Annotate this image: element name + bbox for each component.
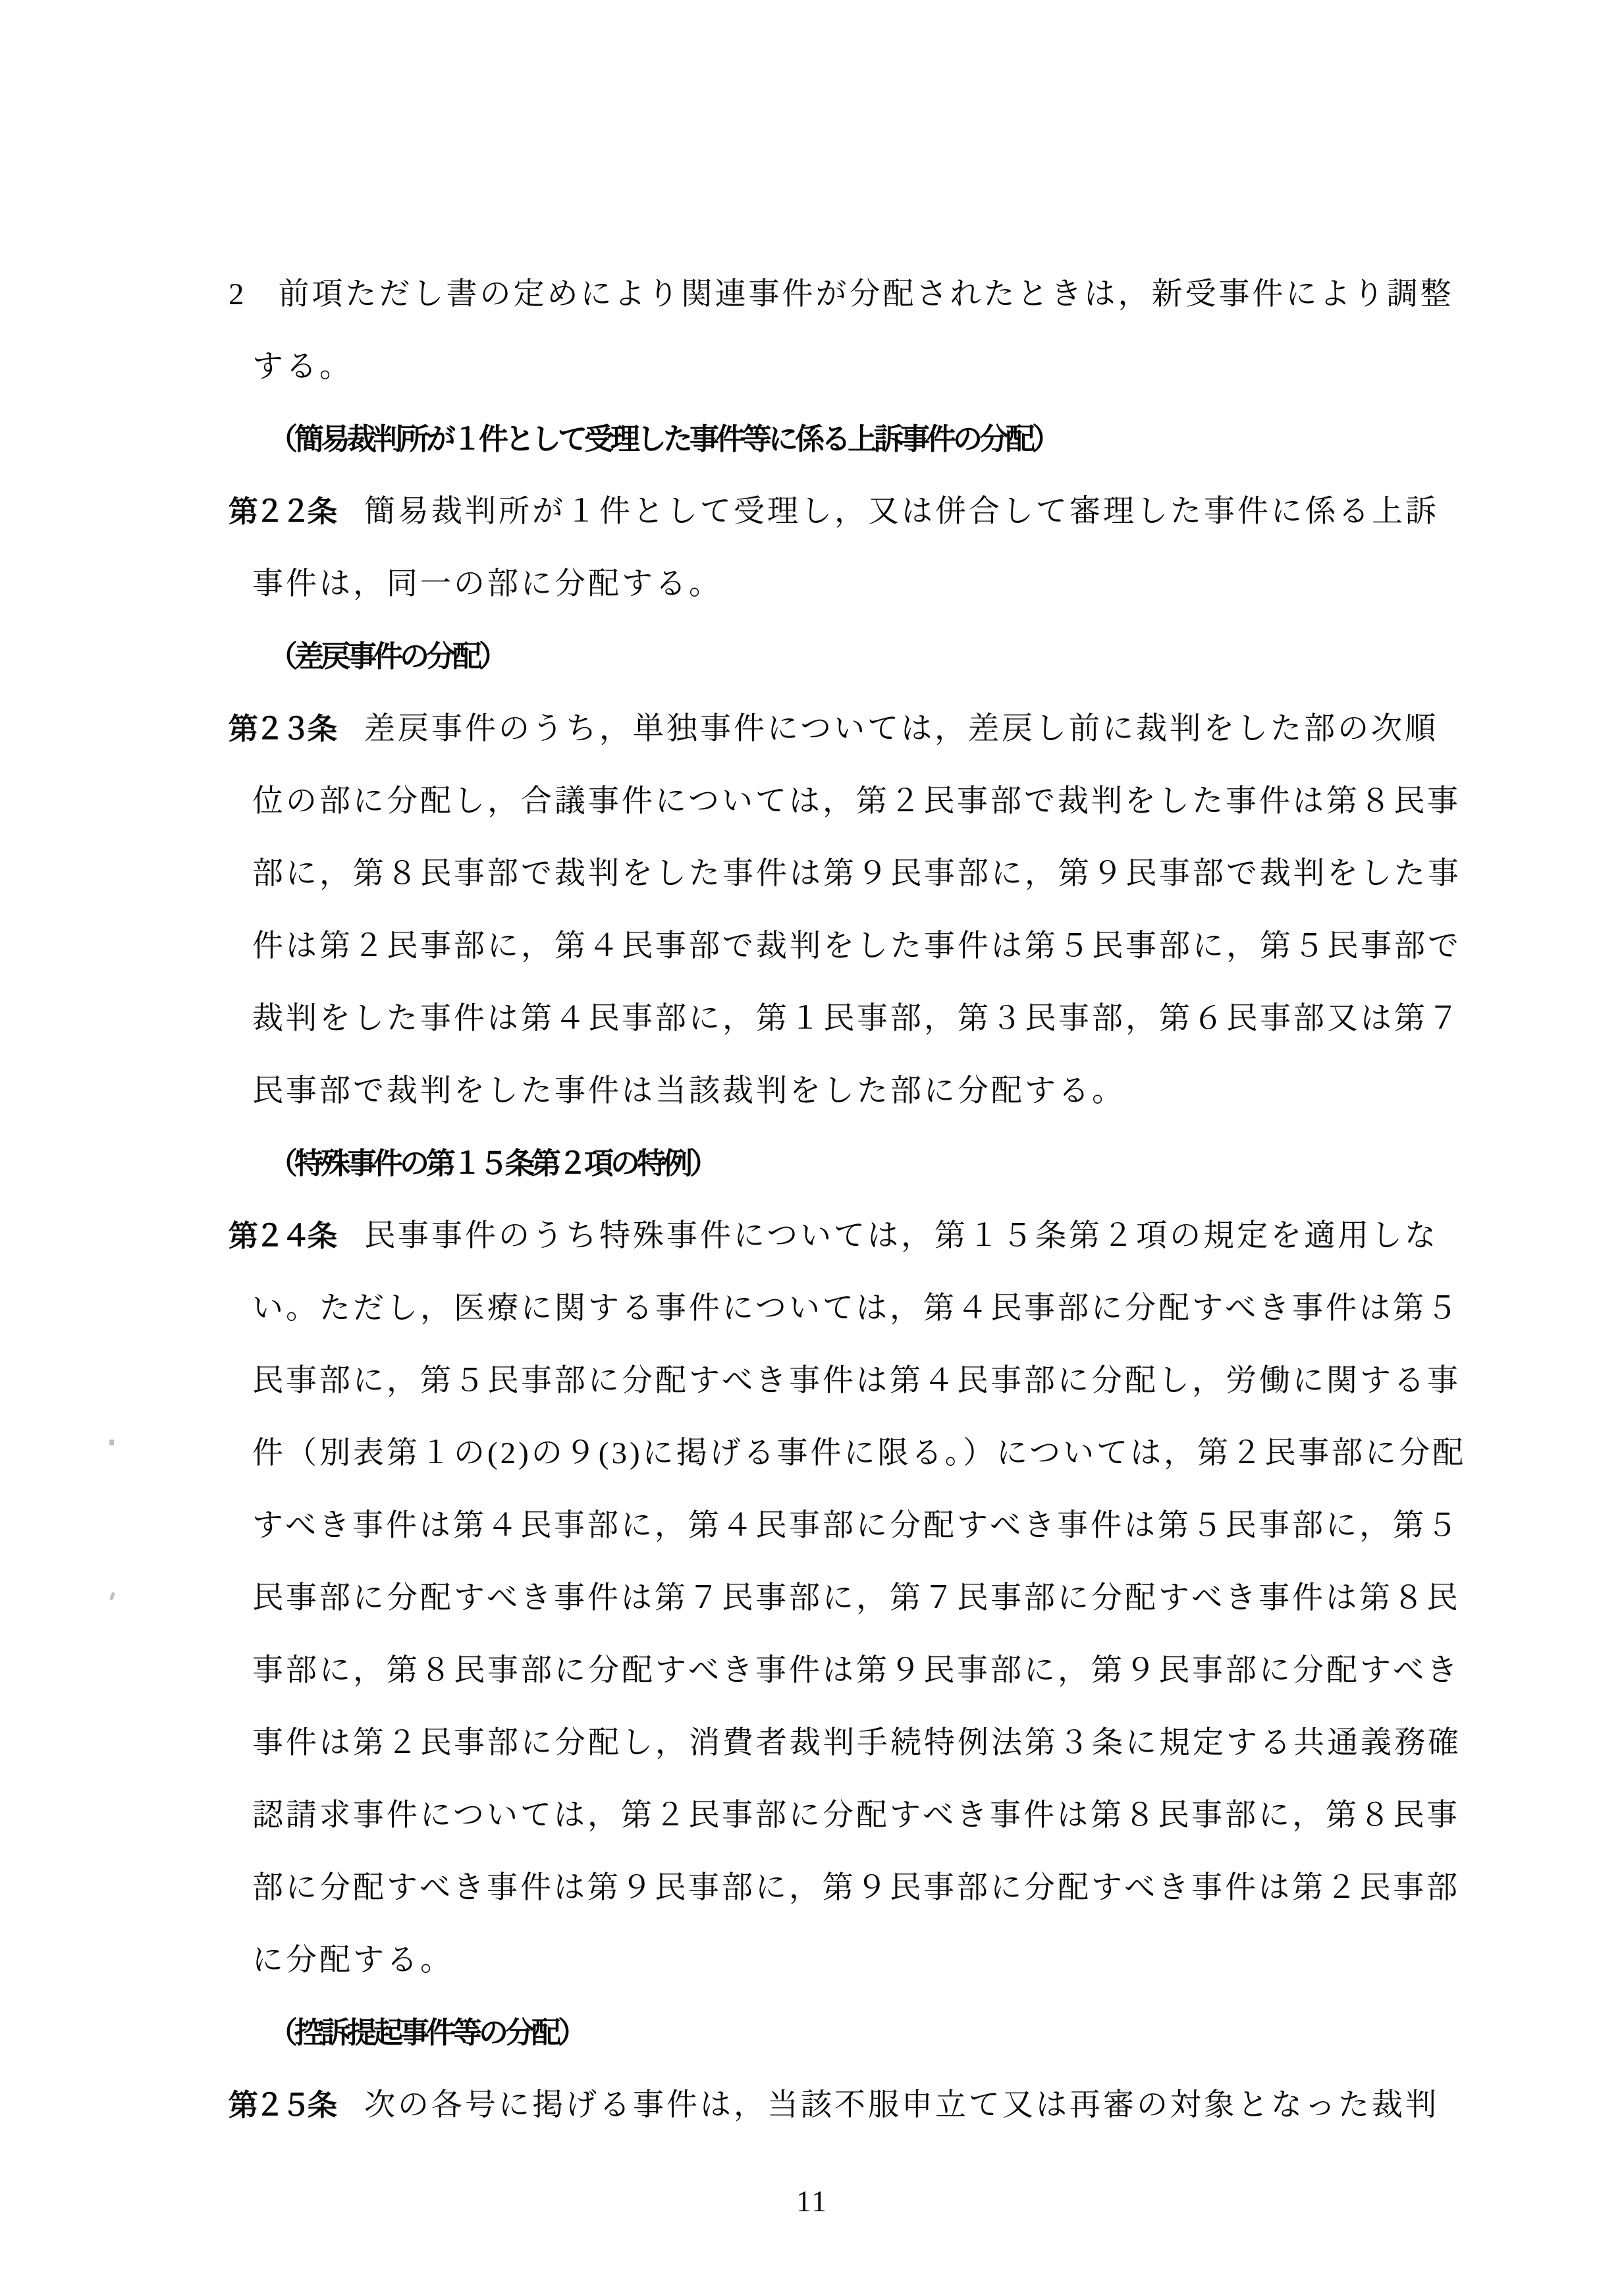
paragraph-2-line: 2前項ただし書の定めにより関連事件が分配されたときは，新受事件により調整 — [229, 258, 1414, 331]
page-number: 11 — [0, 2184, 1624, 2219]
paragraph-text: する。 — [252, 350, 353, 384]
continuation-line: 部に分配すべき事件は第９民事部に，第９民事部に分配すべき事件は第２民事部 — [229, 1852, 1414, 1924]
paragraph-text: 事部に，第８民事部に分配すべき事件は第９民事部に，第９民事部に分配すべき — [252, 1654, 1460, 1688]
article-text: 次の各号に掲げる事件は，当該不服申立て又は再審の対象となった裁判 — [364, 2088, 1439, 2122]
article-24-line: 第２４条民事事件のうち特殊事件については，第１５条第２項の規定を適用しな — [229, 1200, 1414, 1272]
article-number: 第２４条 — [229, 1200, 334, 1272]
article-text: 民事事件のうち特殊事件については，第１５条第２項の規定を適用しな — [364, 1219, 1438, 1253]
document-body: 2前項ただし書の定めにより関連事件が分配されたときは，新受事件により調整 する。… — [229, 258, 1414, 2141]
scan-artifact-dot — [109, 1592, 115, 1601]
article-24-heading: （特殊事件の第１５条第２項の特例） — [229, 1127, 1414, 1200]
paragraph-text: い。ただし，医療に関する事件については，第４民事部に分配すべき事件は第５ — [252, 1291, 1460, 1326]
continuation-line: 事部に，第８民事部に分配すべき事件は第９民事部に，第９民事部に分配すべき — [229, 1634, 1414, 1707]
paragraph-text: 認請求事件については，第２民事部に分配すべき事件は第８民事部に，第８民事 — [252, 1798, 1460, 1833]
paragraph-text: すべき事件は第４民事部に，第４民事部に分配すべき事件は第５民事部に，第５ — [252, 1509, 1460, 1543]
paragraph-text: 位の部に分配し，合議事件については，第２民事部で裁判をした事件は第８民事 — [252, 784, 1461, 819]
paragraph-text: 民事部に，第５民事部に分配すべき事件は第４民事部に分配し，労働に関する事 — [252, 1364, 1461, 1398]
article-number: 第２２条 — [229, 475, 334, 548]
article-25-line: 第２５条次の各号に掲げる事件は，当該不服申立て又は再審の対象となった裁判 — [229, 2069, 1414, 2141]
article-text: 簡易裁判所が１件として受理し，又は併合して審理した事件に係る上訴 — [364, 495, 1439, 529]
paragraph-text: 事件は，同一の部に分配する。 — [252, 567, 722, 601]
paragraph-text: 件（別表第１の(2)の９(3)に掲げる事件に限る。）については，第２民事部に分配 — [252, 1436, 1466, 1470]
scan-artifact-dot — [109, 1439, 114, 1445]
continuation-line: 裁判をした事件は第４民事部に，第１民事部，第３民事部，第６民事部又は第７ — [229, 982, 1414, 1055]
article-text: 差戻事件のうち，単独事件については，差戻し前に裁判をした部の次順 — [364, 712, 1438, 746]
article-number: 第２３条 — [229, 693, 334, 765]
paragraph-text: 事件は第２民事部に分配し，消費者裁判手続特例法第３条に規定する共通義務確 — [252, 1726, 1461, 1760]
paragraph-text: 部に分配すべき事件は第９民事部に，第９民事部に分配すべき事件は第２民事部 — [252, 1871, 1460, 1905]
article-23-heading: （差戻事件の分配） — [229, 620, 1414, 693]
paragraph-text: に分配する。 — [252, 1943, 454, 1978]
paragraph-text: 件は第２民事部に，第４民事部で裁判をした事件は第５民事部に，第５民事部で — [252, 929, 1461, 963]
continuation-line: 件（別表第１の(2)の９(3)に掲げる事件に限る。）については，第２民事部に分配 — [229, 1417, 1414, 1490]
article-25-heading: （控訴提起事件等の分配） — [229, 1997, 1414, 2069]
article-22-heading: （簡易裁判所が１件として受理した事件等に係る上訴事件の分配） — [229, 403, 1414, 475]
continuation-line: 部に，第８民事部で裁判をした事件は第９民事部に，第９民事部で裁判をした事 — [229, 838, 1414, 910]
continuation-line: すべき事件は第４民事部に，第４民事部に分配すべき事件は第５民事部に，第５ — [229, 1490, 1414, 1562]
article-22-line: 第２２条簡易裁判所が１件として受理し，又は併合して審理した事件に係る上訴 — [229, 475, 1414, 548]
heading-text: （差戻事件の分配） — [268, 639, 505, 673]
continuation-line: い。ただし，医療に関する事件については，第４民事部に分配すべき事件は第５ — [229, 1272, 1414, 1345]
continuation-line: に分配する。 — [229, 1924, 1414, 1997]
continuation-line: 民事部に分配すべき事件は第７民事部に，第７民事部に分配すべき事件は第８民 — [229, 1562, 1414, 1634]
continuation-line: 認請求事件については，第２民事部に分配すべき事件は第８民事部に，第８民事 — [229, 1779, 1414, 1852]
article-23-line: 第２３条差戻事件のうち，単独事件については，差戻し前に裁判をした部の次順 — [229, 693, 1414, 765]
continuation-line: 位の部に分配し，合議事件については，第２民事部で裁判をした事件は第８民事 — [229, 765, 1414, 838]
continuation-line: 事件は，同一の部に分配する。 — [229, 548, 1414, 620]
heading-text: （特殊事件の第１５条第２項の特例） — [268, 1146, 716, 1180]
continuation-line: 民事部で裁判をした事件は当該裁判をした部に分配する。 — [229, 1055, 1414, 1127]
article-number: 第２５条 — [229, 2069, 334, 2141]
paragraph-text: 前項ただし書の定めにより関連事件が分配されたときは，新受事件により調整 — [279, 277, 1454, 311]
continuation-line: 事件は第２民事部に分配し，消費者裁判手続特例法第３条に規定する共通義務確 — [229, 1707, 1414, 1779]
heading-text: （控訴提起事件等の分配） — [268, 2016, 584, 2049]
continuation-line: 件は第２民事部に，第４民事部で裁判をした事件は第５民事部に，第５民事部で — [229, 910, 1414, 982]
paragraph-text: 部に，第８民事部で裁判をした事件は第９民事部に，第９民事部で裁判をした事 — [252, 857, 1461, 891]
heading-text: （簡易裁判所が１件として受理した事件等に係る上訴事件の分配） — [268, 422, 1058, 456]
paragraph-text: 民事部に分配すべき事件は第７民事部に，第７民事部に分配すべき事件は第８民 — [252, 1581, 1460, 1615]
document-page: 2前項ただし書の定めにより関連事件が分配されたときは，新受事件により調整 する。… — [0, 0, 1624, 2287]
continuation-line: 民事部に，第５民事部に分配すべき事件は第４民事部に分配し，労働に関する事 — [229, 1345, 1414, 1417]
continuation-line: する。 — [229, 331, 1414, 403]
paragraph-text: 民事部で裁判をした事件は当該裁判をした部に分配する。 — [252, 1074, 1125, 1108]
paragraph-text: 裁判をした事件は第４民事部に，第１民事部，第３民事部，第６民事部又は第７ — [252, 1002, 1461, 1036]
paragraph-number: 2 — [229, 258, 247, 331]
